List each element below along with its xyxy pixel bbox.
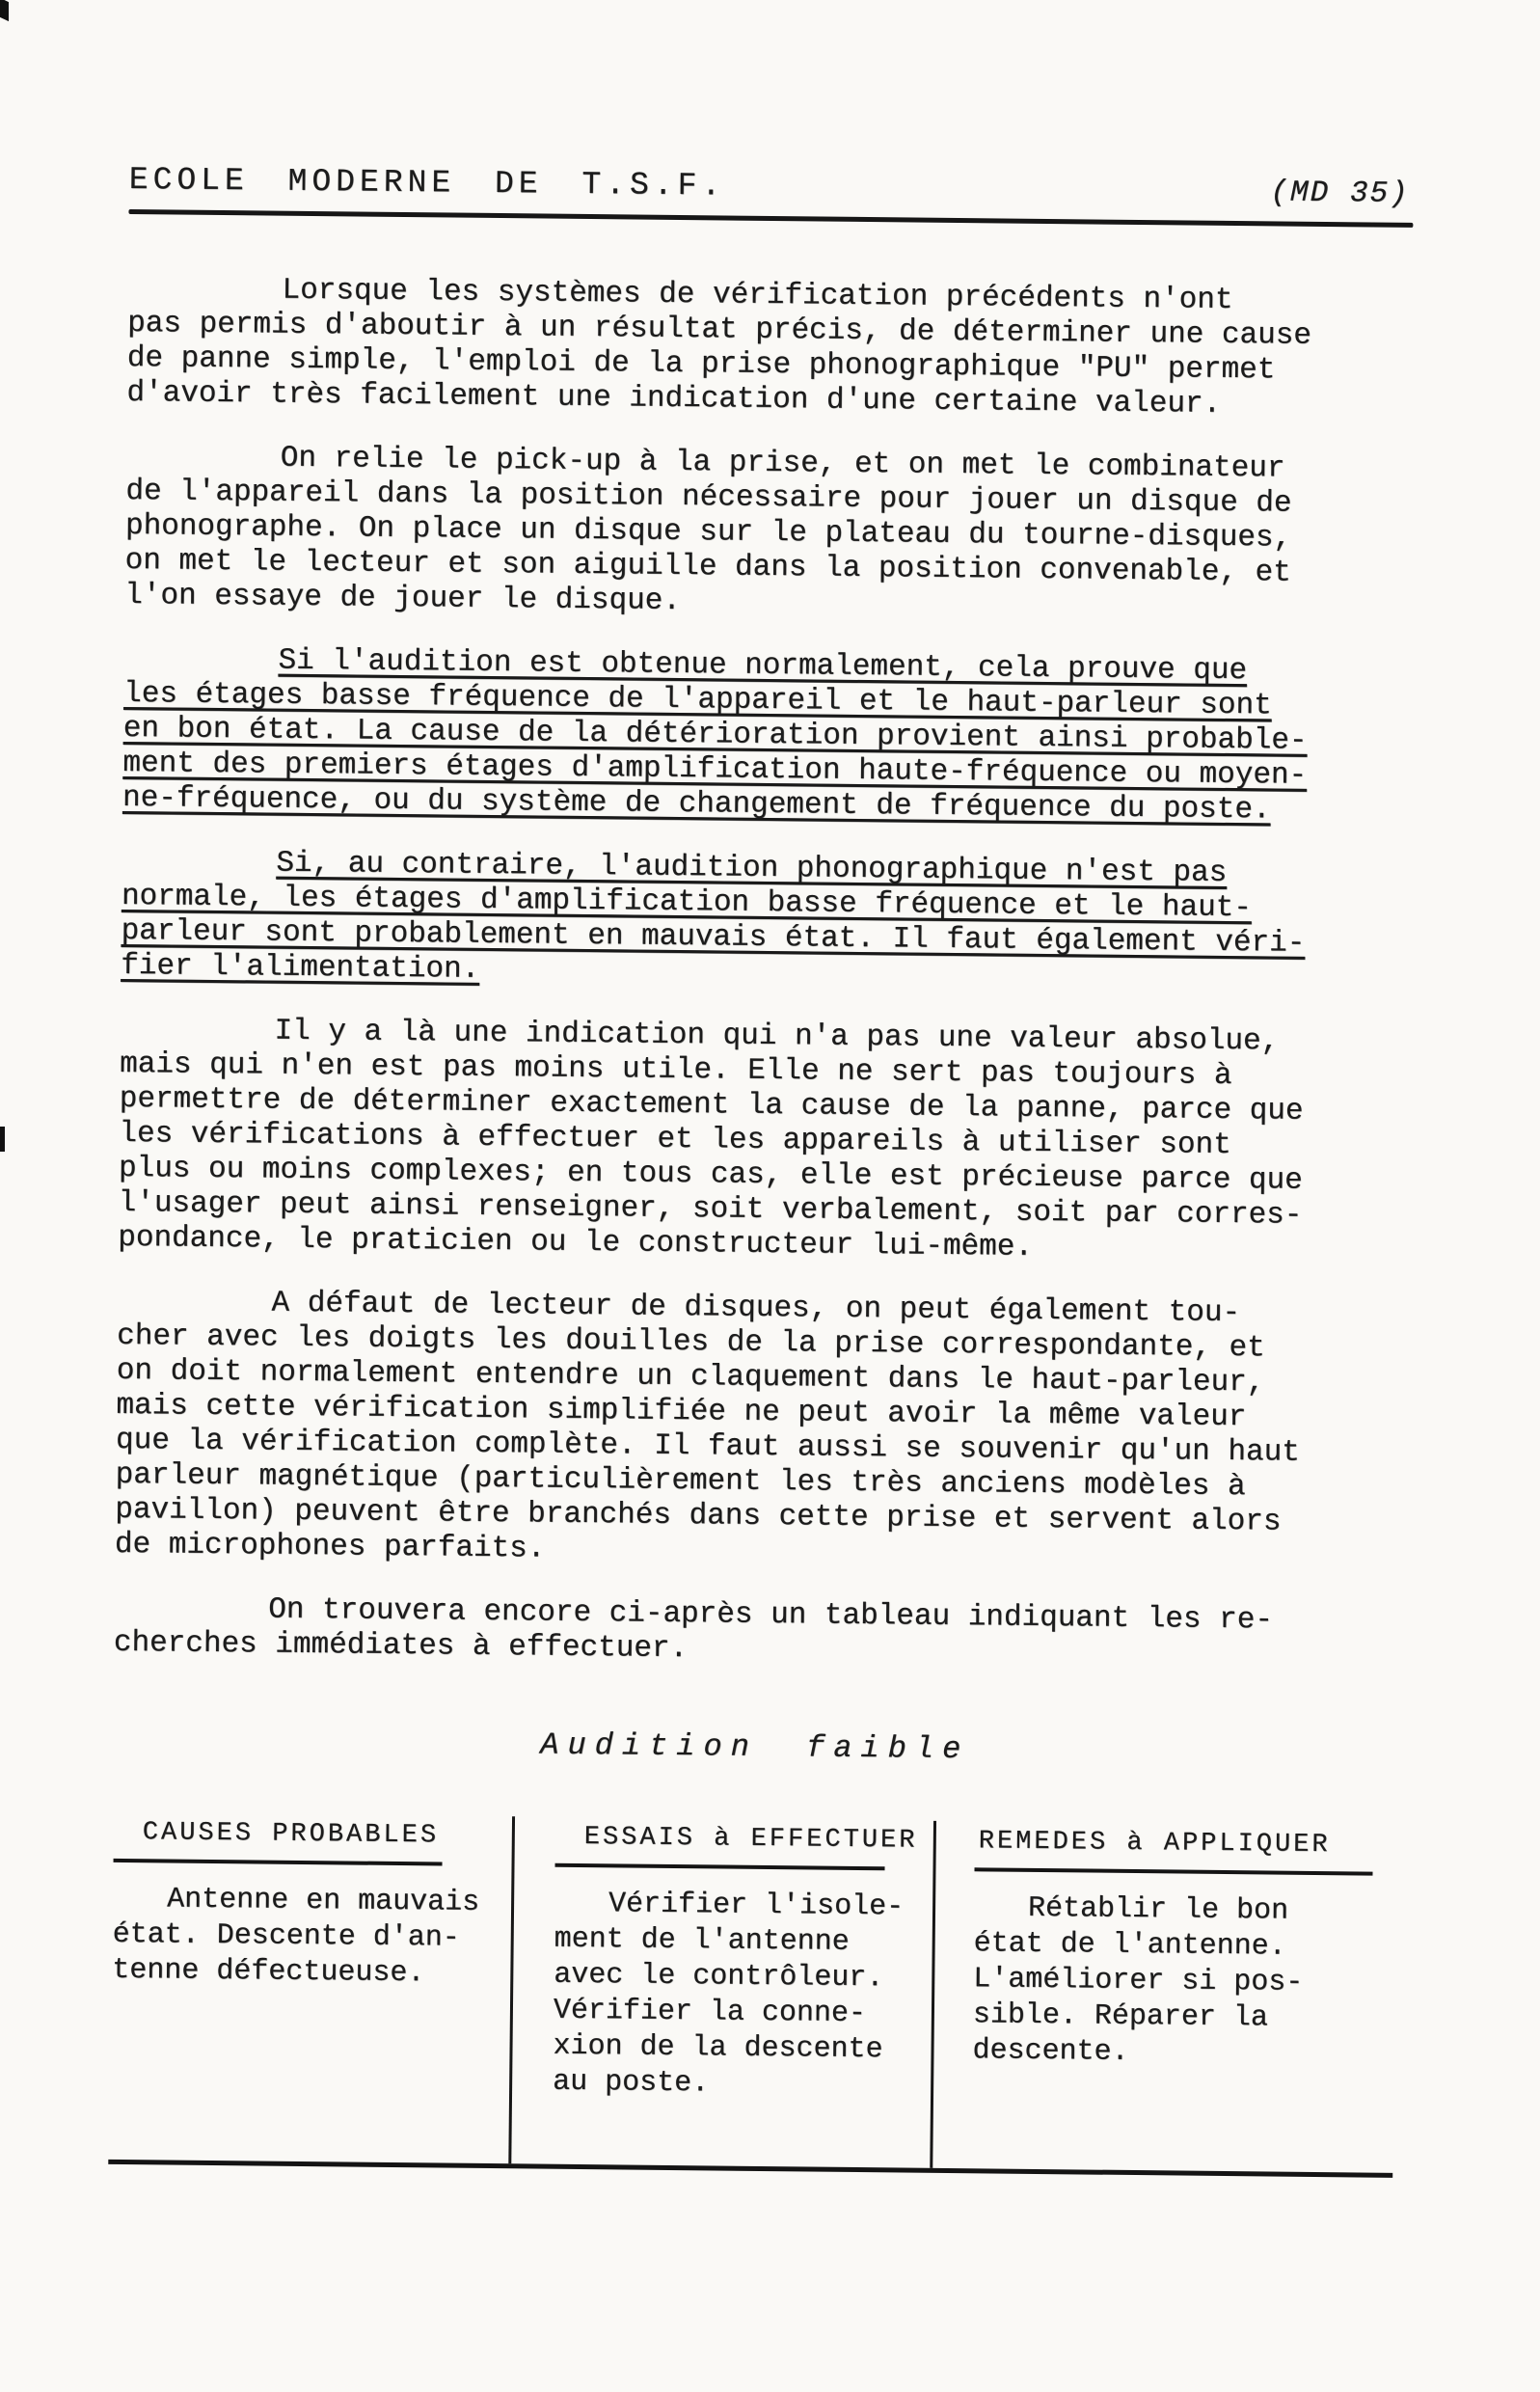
table-column-remedes: REMEDES à APPLIQUER Rétablir le bon état…	[930, 1821, 1385, 2173]
page-header: ECOLE MODERNE DE T.S.F. (MD 35)	[129, 162, 1414, 211]
column-header-causes: CAUSES PROBABLES	[114, 1812, 444, 1866]
section-title: Audition faible	[113, 1723, 1397, 1772]
document-reference: (MD 35)	[1270, 176, 1414, 211]
paragraph-2: On relie le pick-up à la prise, et on me…	[124, 440, 1411, 627]
table-cell-essais: Vérifier l'isole- ment de l'antenne avec…	[553, 1887, 932, 2105]
page-content: ECOLE MODERNE DE T.S.F. (MD 35) Lorsque …	[108, 162, 1414, 2178]
paragraph-1: Lorsque les systèmes de vérification pré…	[126, 272, 1412, 424]
header-rule	[128, 209, 1413, 228]
table-column-essais: ESSAIS à EFFECTUER Vérifier l'isole- men…	[508, 1816, 933, 2168]
paper-sheet: ECOLE MODERNE DE T.S.F. (MD 35) Lorsque …	[0, 0, 1540, 2392]
column-header-essais: ESSAIS à EFFECTUER	[555, 1817, 886, 1871]
scan-artifact	[0, 0, 9, 21]
paragraph-7: On trouvera encore ci-après un tableau i…	[114, 1591, 1399, 1674]
paragraph-5: Il y a là une indication qui n'a pas une…	[118, 1013, 1405, 1269]
scan-artifact	[0, 1127, 5, 1152]
column-header-remedes: REMEDES à APPLIQUER	[974, 1821, 1373, 1875]
paragraph-6: A défaut de lecteur de disques, on peut …	[115, 1285, 1402, 1576]
body-text: Lorsque les systèmes de vérification pré…	[114, 272, 1413, 1674]
paragraph-3-underlined: Si l'audition est obtenue normalement, c…	[122, 642, 1409, 829]
fault-table: CAUSES PROBABLES Antenne en mauvais état…	[108, 1812, 1396, 2178]
scanned-page: { "page": { "header": { "title": "ECOLE …	[0, 0, 1540, 2392]
document-title: ECOLE MODERNE DE T.S.F.	[129, 162, 726, 204]
table-cell-remedes: Rétablir le bon état de l'antenne. L'amé…	[972, 1890, 1384, 2073]
table-cell-causes: Antenne en mauvais état. Descente d'an- …	[112, 1882, 511, 1993]
paragraph-4-underlined: Si, au contraire, l'audition phonographi…	[121, 845, 1406, 997]
table-column-causes: CAUSES PROBABLES Antenne en mauvais état…	[108, 1812, 512, 2163]
